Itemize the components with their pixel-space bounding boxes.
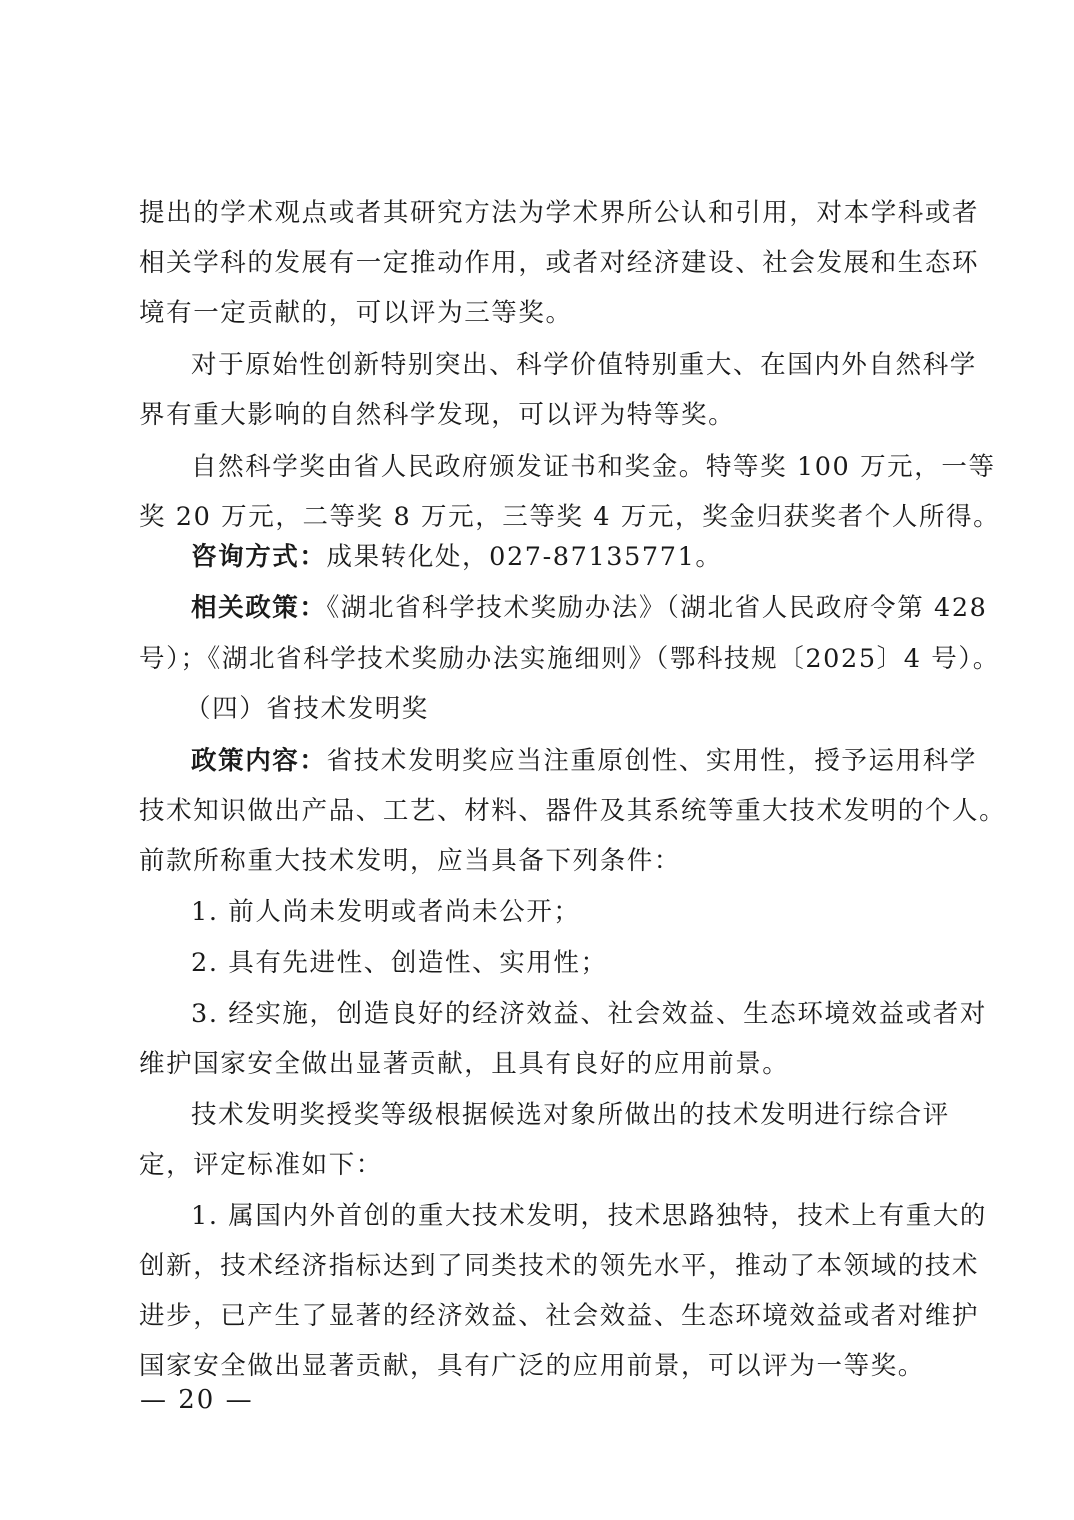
paragraph-line: 自然科学奖由省人民政府颁发证书和奖金。特等奖 100 万元，一等: [191, 450, 996, 484]
paragraph-line: 对于原始性创新特别突出、科学价值特别重大、在国内外自然科学: [191, 348, 977, 382]
condition-item: 2. 具有先进性、创造性、实用性；: [191, 946, 608, 980]
paragraph-line: 界有重大影响的自然科学发现，可以评为特等奖。: [139, 398, 735, 432]
paragraph-line: 提出的学术观点或者其研究方法为学术界所公认和引用，对本学科或者: [139, 196, 979, 230]
policy-label: 相关政策：: [191, 593, 327, 623]
paragraph-line: 技术发明奖授奖等级根据候选对象所做出的技术发明进行综合评: [191, 1098, 950, 1132]
paragraph-line: 国家安全做出显著贡献，具有广泛的应用前景，可以评为一等奖。: [139, 1349, 925, 1383]
consult-text: 成果转化处，027-87135771。: [327, 542, 723, 572]
consult-label: 咨询方式：: [191, 542, 327, 572]
policy-content-text: 省技术发明奖应当注重原创性、实用性，授予运用科学: [327, 746, 977, 776]
policy-text: 《湖北省科学技术奖励办法》（湖北省人民政府令第 428: [327, 593, 988, 623]
condition-item: 3. 经实施，创造良好的经济效益、社会效益、生态环境效益或者对: [191, 997, 987, 1031]
document-page: 提出的学术观点或者其研究方法为学术界所公认和引用，对本学科或者 相关学科的发展有…: [0, 0, 1074, 1520]
section-heading: （四）省技术发明奖: [185, 692, 429, 726]
page-number: — 20 —: [140, 1385, 254, 1415]
paragraph-line: 相关学科的发展有一定推动作用，或者对经济建设、社会发展和生态环: [139, 246, 979, 280]
policy-line-cont: 号）；《湖北省科学技术奖励办法实施细则》（鄂科技规〔2025〕4 号）。: [139, 642, 1000, 676]
policy-content-line: 政策内容：省技术发明奖应当注重原创性、实用性，授予运用科学: [191, 744, 977, 778]
paragraph-line: 进步，已产生了显著的经济效益、社会效益、生态环境效益或者对维护: [139, 1299, 979, 1333]
paragraph-line: 奖 20 万元，二等奖 8 万元，三等奖 4 万元，奖金归获奖者个人所得。: [139, 500, 1000, 534]
paragraph-line: 前款所称重大技术发明，应当具备下列条件：: [139, 844, 681, 878]
condition-item: 1. 前人尚未发明或者尚未公开；: [191, 895, 581, 929]
paragraph-line: 维护国家安全做出显著贡献，且具有良好的应用前景。: [139, 1047, 789, 1081]
paragraph-line: 技术知识做出产品、工艺、材料、器件及其系统等重大技术发明的个人。: [139, 794, 1006, 828]
grade-item: 1. 属国内外首创的重大技术发明，技术思路独特，技术上有重大的: [191, 1199, 987, 1233]
policy-content-label: 政策内容：: [191, 746, 327, 776]
policy-line: 相关政策：《湖北省科学技术奖励办法》（湖北省人民政府令第 428: [191, 591, 988, 625]
consult-line: 咨询方式：成果转化处，027-87135771。: [191, 540, 723, 574]
paragraph-line: 定，评定标准如下：: [139, 1148, 383, 1182]
paragraph-line: 境有一定贡献的，可以评为三等奖。: [139, 296, 573, 330]
paragraph-line: 创新，技术经济指标达到了同类技术的领先水平，推动了本领域的技术: [139, 1249, 979, 1283]
